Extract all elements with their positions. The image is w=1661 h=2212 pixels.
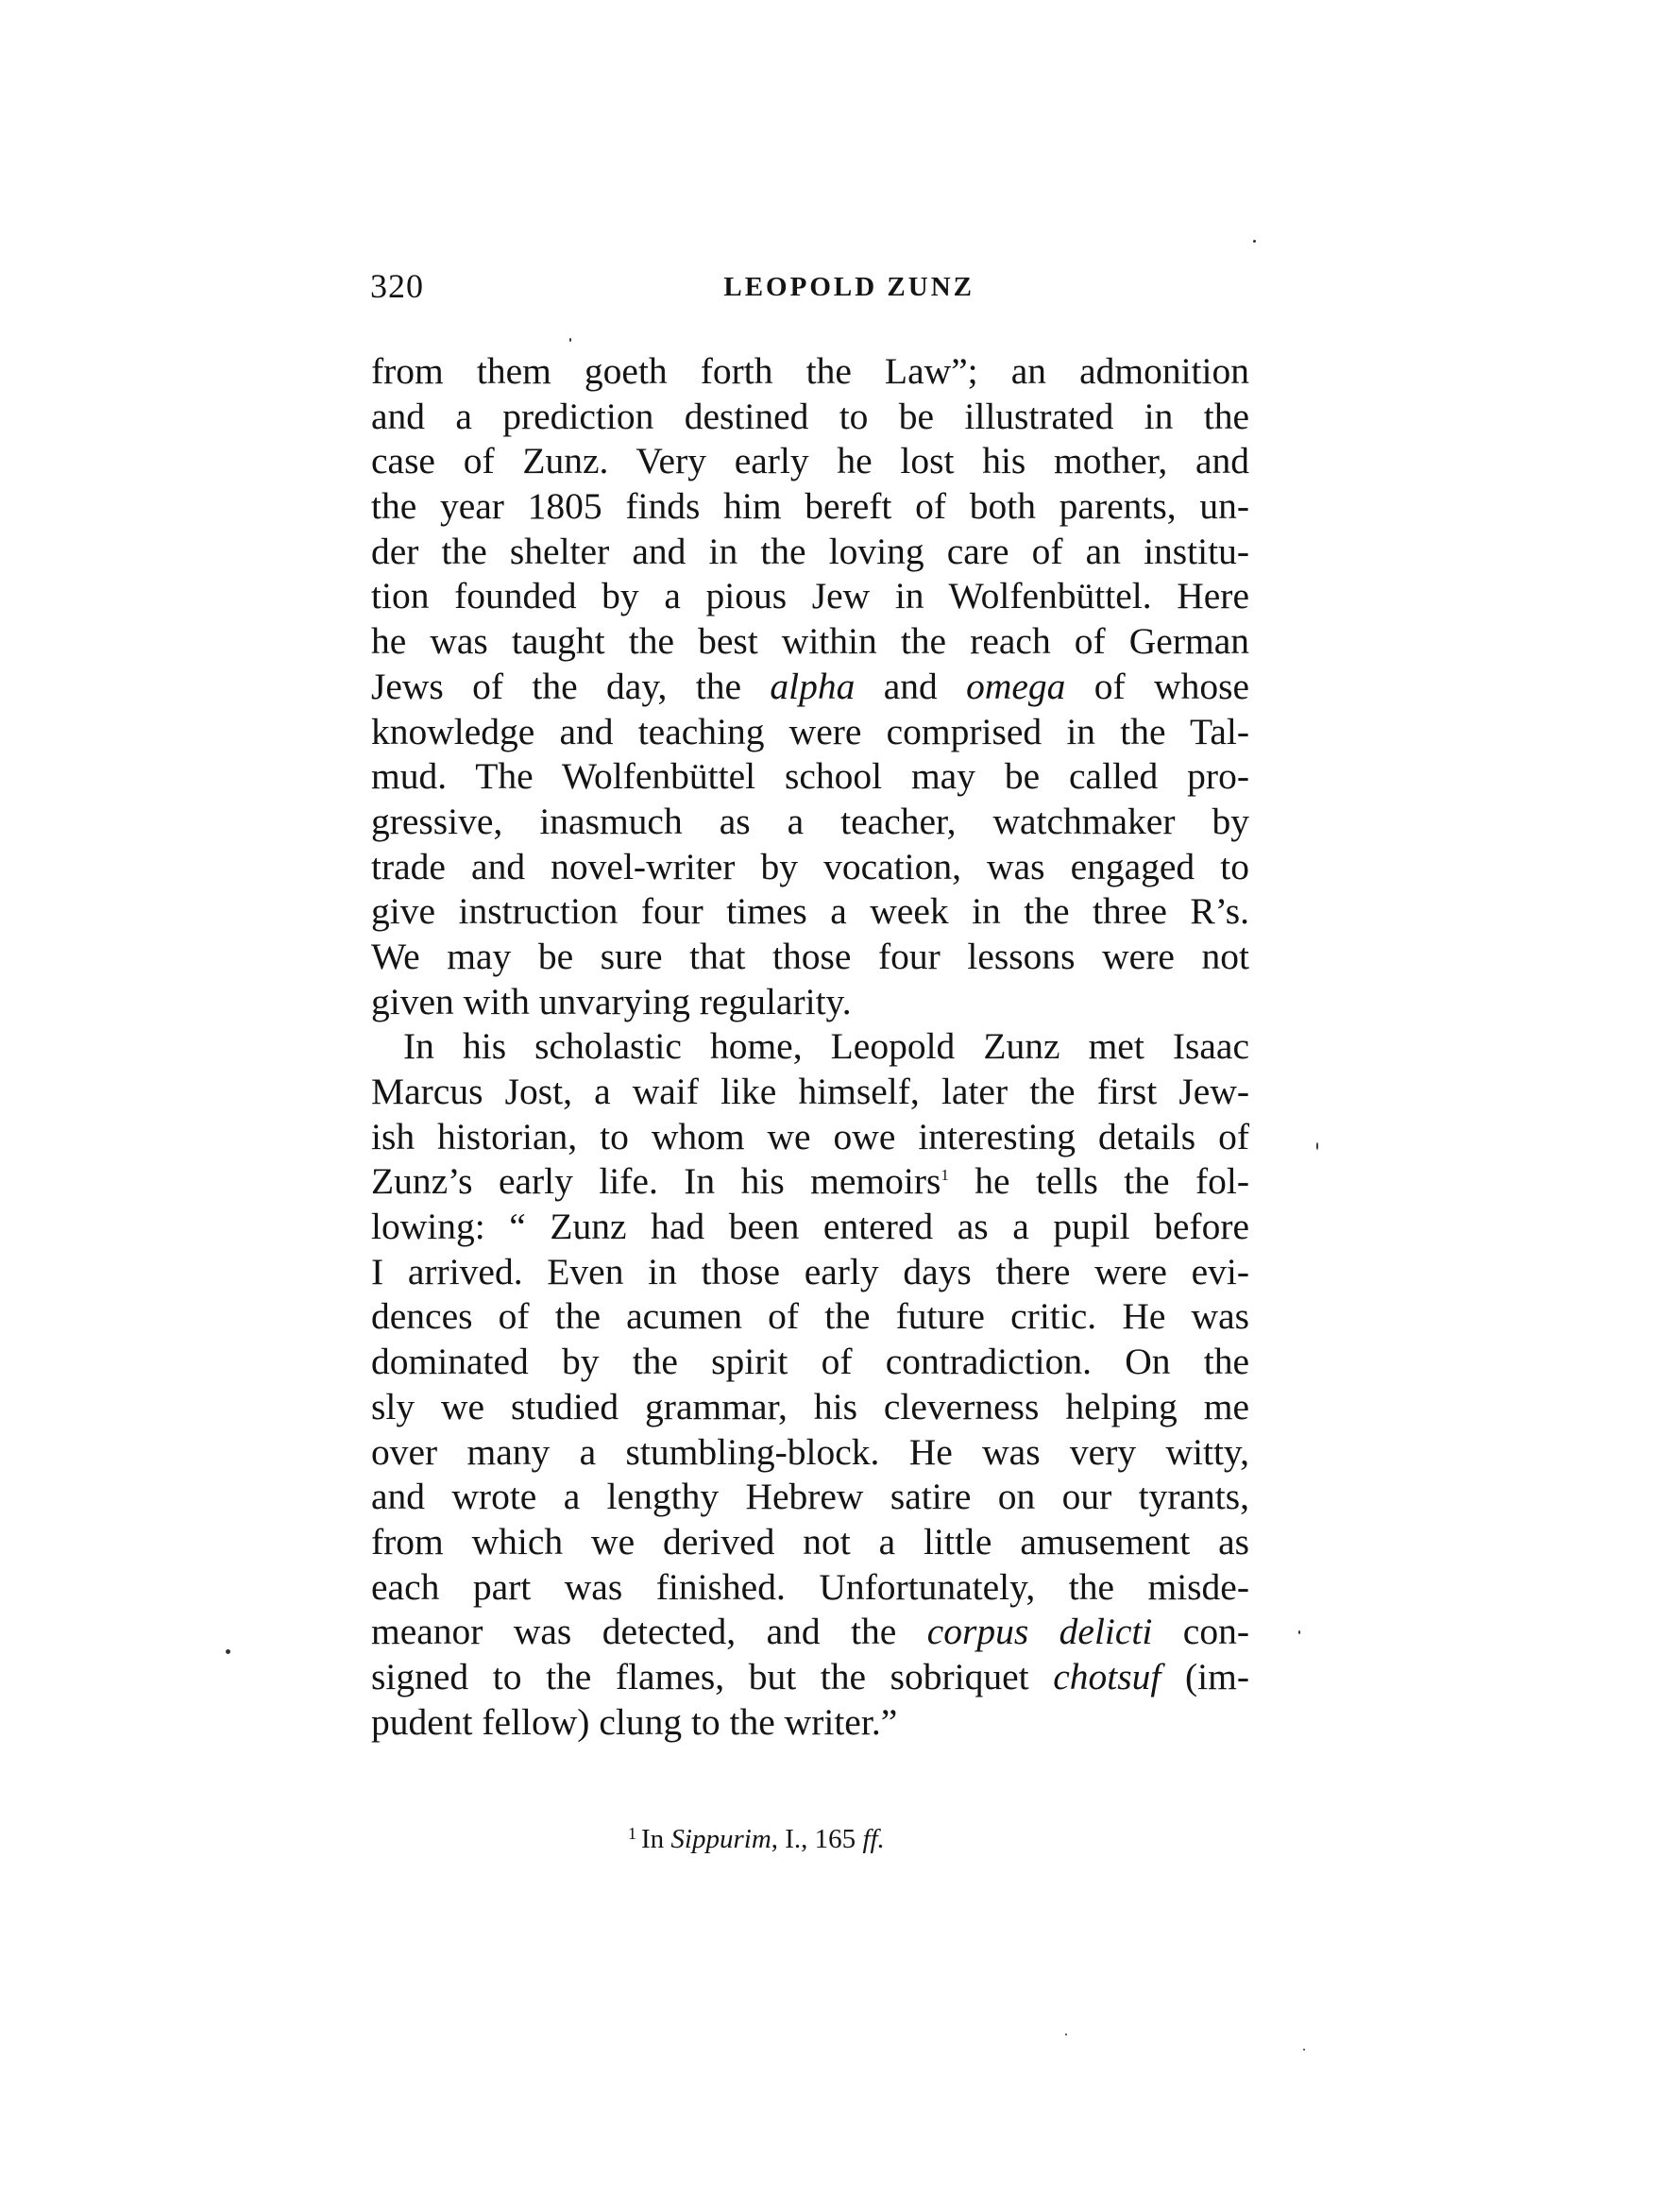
footnote-text: In [641,1824,670,1854]
text-run: of whose [1065,666,1249,707]
text-line: lowing: “ Zunz had been entered as a pup… [371,1205,1249,1250]
text-line: Zunz’s early life. In his memoirs1 he te… [371,1159,1249,1205]
footnote-marker: 1 [628,1824,636,1843]
text-line: gressive, inasmuch as a teacher, watchma… [371,800,1249,845]
text-run: and [855,666,966,707]
scan-speck [1065,2034,1067,2035]
text-line: give instruction four times a week in th… [371,889,1249,935]
text-line: each part was finished. Unfortunately, t… [371,1565,1249,1611]
text-line: dominated by the spirit of contradiction… [371,1340,1249,1385]
footnote-text: , I., 165 [771,1824,863,1854]
text-line: sly we studied grammar, his cleverness h… [371,1385,1249,1430]
text-line: Jews of the day, the alpha and omega of … [371,665,1249,710]
text-line: I arrived. Even in those early days ther… [371,1250,1249,1295]
text-line: We may be sure that those four lessons w… [371,935,1249,980]
text-line: he was taught the best within the reach … [371,619,1249,665]
footnote: 1In Sippurim, I., 165 ff. [628,1824,885,1855]
scan-speck [1316,1142,1318,1150]
body-text: from them goeth forth the Law”; an admon… [371,349,1249,1745]
text-line: signed to the flames, but the sobriquet … [371,1655,1249,1700]
text-line: from which we derived not a little amuse… [371,1520,1249,1565]
text-run: signed to the flames, but the sobriquet [371,1656,1053,1697]
text-line: and a prediction destined to be illustra… [371,395,1249,440]
italic-term-corpus-delicti: corpus delicti [927,1611,1153,1652]
text-line: Marcus Jost, a waif like himself, later … [371,1070,1249,1115]
text-line: tion founded by a pious Jew in Wolfenbüt… [371,574,1249,619]
text-line: pudent fellow) clung to the writer.” [371,1700,1249,1746]
text-run: meanor was detected, and the [371,1611,927,1652]
text-line: trade and novel-writer by vocation, was … [371,845,1249,890]
text-run: Zunz’s early life. In his memoirs [371,1160,941,1202]
text-run: (im- [1161,1656,1249,1697]
scan-speck [1298,1630,1300,1634]
running-title: LEOPOLD ZUNZ [370,272,975,303]
text-line: mud. The Wolfenbüttel school may be call… [371,754,1249,800]
scan-speck [226,1649,230,1654]
text-run: he tells the fol- [949,1160,1249,1202]
footnote-reference[interactable]: 1 [941,1166,949,1184]
text-line: dences of the acumen of the future criti… [371,1294,1249,1340]
italic-term-alpha: alpha [770,666,855,707]
text-line: given with unvarying regularity. [371,980,1249,1025]
text-run: con- [1152,1611,1249,1652]
running-head: 320 LEOPOLD ZUNZ [370,266,1303,313]
text-line: from them goeth forth the Law”; an admon… [371,349,1249,395]
text-line: and wrote a lengthy Hebrew satire on our… [371,1475,1249,1520]
footnote-ff: ff. [862,1824,884,1854]
text-line: knowledge and teaching were comprised in… [371,710,1249,755]
scan-speck [1253,240,1256,243]
text-run: Jews of the day, the [371,666,770,707]
text-line: In his scholastic home, Leopold Zunz met… [371,1024,1249,1070]
italic-term-chotsuf: chotsuf [1053,1656,1161,1697]
text-line: over many a stumbling-block. He was very… [371,1430,1249,1476]
scan-speck [1303,2049,1305,2051]
text-line: meanor was detected, and the corpus deli… [371,1610,1249,1655]
scan-speck [569,338,571,342]
text-line: der the shelter and in the loving care o… [371,530,1249,575]
text-line: ish historian, to whom we owe interestin… [371,1115,1249,1160]
text-line: the year 1805 finds him bereft of both p… [371,484,1249,530]
footnote-title: Sippurim [670,1824,771,1854]
book-page: 320 LEOPOLD ZUNZ from them goeth forth t… [0,0,1661,2212]
italic-term-omega: omega [966,666,1065,707]
text-line: case of Zunz. Very early he lost his mot… [371,439,1249,484]
